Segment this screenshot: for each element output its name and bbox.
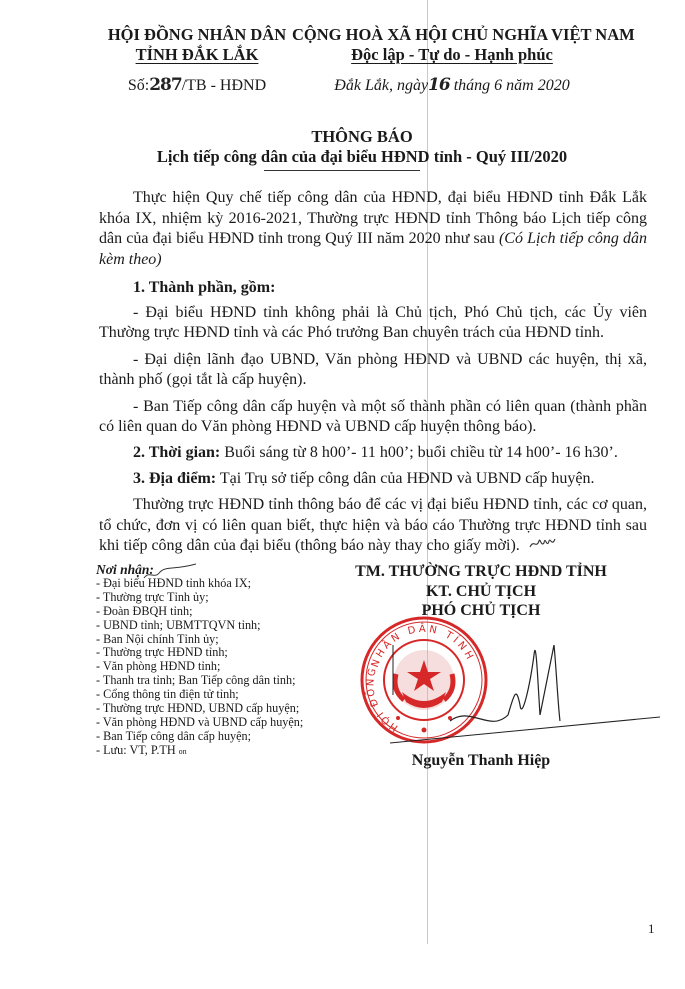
- section-1-item: - Ban Tiếp công dân cấp huyện và một số …: [99, 397, 647, 438]
- number-suffix: /TB - HĐND: [182, 77, 266, 94]
- recipients-initials-icon: [140, 562, 200, 582]
- issuing-agency: HỘI ĐỒNG NHÂN DÂN TỈNH ĐẮK LẮK: [92, 25, 302, 65]
- section-2: 2. Thời gian: Buổi sáng từ 8 h00’- 11 h0…: [99, 443, 647, 464]
- recipient-item: - Thường trực Tỉnh ủy;: [96, 591, 356, 605]
- section-3: 3. Địa điểm: Tại Trụ sở tiếp công dân củ…: [99, 469, 647, 490]
- section-1-item: - Đại biểu HĐND tỉnh không phải là Chủ t…: [99, 303, 647, 344]
- section-1-heading: 1. Thành phần, gồm:: [99, 278, 647, 299]
- date-suffix: tháng 6 năm 2020: [450, 77, 570, 94]
- date-prefix: Đắk Lắk, ngày: [334, 77, 428, 94]
- recipient-item: - Thường trực HĐND, UBND cấp huyện;: [96, 702, 356, 716]
- document-number: Số:287/TB - HĐND: [92, 75, 302, 95]
- recipient-item: - Ban Tiếp công dân cấp huyện;: [96, 730, 356, 744]
- closing-paragraph: Thường trực HĐND tỉnh thông báo để các v…: [99, 495, 647, 557]
- section-2-text: Buổi sáng từ 8 h00’- 11 h00’; buổi chiều…: [220, 444, 618, 461]
- sig-line-2: KT. CHỦ TỊCH: [336, 582, 626, 602]
- handwritten-day: 16: [428, 75, 450, 95]
- agency-name: HỘI ĐỒNG NHÂN DÂN: [92, 25, 302, 45]
- recipient-item: - Văn phòng HĐND và UBND cấp huyện;: [96, 716, 356, 730]
- section-2-heading: 2. Thời gian:: [133, 444, 220, 461]
- motto: Độc lập - Tự do - Hạnh phúc: [292, 45, 612, 65]
- intro-paragraph: Thực hiện Quy chế tiếp công dân của HĐND…: [99, 188, 647, 270]
- recipients-list: Nơi nhận: - Đại biểu HĐND tỉnh khóa IX;-…: [96, 563, 356, 759]
- recipient-item: - Đại biểu HĐND tỉnh khóa IX;: [96, 577, 356, 591]
- issue-date: Đắk Lắk, ngày16 tháng 6 năm 2020: [292, 75, 612, 95]
- recipient-item: - Thường trực HĐND tỉnh;: [96, 646, 356, 660]
- section-1-item: - Đại diện lãnh đạo UBND, Văn phòng HĐND…: [99, 350, 647, 391]
- signer-name: Nguyễn Thanh Hiệp: [336, 752, 626, 770]
- archive-initials: on: [179, 747, 187, 756]
- number-prefix: Số:: [128, 77, 149, 94]
- recipient-item: - UBND tỉnh; UBMTTQVN tỉnh;: [96, 619, 356, 633]
- recipient-item: - Văn phòng HĐND tỉnh;: [96, 660, 356, 674]
- recipient-item: - Lưu: VT, P.THon: [96, 744, 356, 759]
- national-motto: CỘNG HOÀ XÃ HỘI CHỦ NGHĨA VIỆT NAM Độc l…: [292, 25, 612, 65]
- initials-mark-icon: [528, 533, 558, 551]
- recipients-title: Nơi nhận:: [96, 563, 356, 577]
- closing-text: Thường trực HĐND tỉnh thông báo để các v…: [99, 495, 647, 557]
- document-title: THÔNG BÁO Lịch tiếp công dân của đại biể…: [92, 127, 632, 167]
- agency-province: TỈNH ĐẮK LẮK: [92, 45, 302, 65]
- nation-name: CỘNG HOÀ XÃ HỘI CHỦ NGHĨA VIỆT NAM: [292, 25, 612, 45]
- sig-line-1: TM. THƯỜNG TRỰC HĐND TỈNH: [336, 562, 626, 582]
- recipient-item: - Cổng thông tin điện tử tỉnh;: [96, 688, 356, 702]
- handwritten-number: 287: [149, 75, 182, 95]
- recipient-item: - Ban Nội chính Tỉnh ủy;: [96, 633, 356, 647]
- handwritten-signature-icon: [390, 625, 660, 745]
- recipient-item: - Đoàn ĐBQH tỉnh;: [96, 605, 356, 619]
- title-main: THÔNG BÁO: [92, 127, 632, 147]
- page-number: 1: [648, 921, 655, 937]
- section-1: 1. Thành phần, gồm: - Đại biểu HĐND tỉnh…: [99, 278, 647, 438]
- title-subtitle: Lịch tiếp công dân của đại biểu HĐND tỉn…: [92, 147, 632, 167]
- recipient-item: - Thanh tra tỉnh; Ban Tiếp công dân tỉnh…: [96, 674, 356, 688]
- section-3-heading: 3. Địa điểm:: [133, 470, 216, 487]
- signature-block: TM. THƯỜNG TRỰC HĐND TỈNH KT. CHỦ TỊCH P…: [336, 562, 626, 621]
- section-3-text: Tại Trụ sở tiếp công dân của HĐND và UBN…: [216, 470, 594, 487]
- subtitle-underline: [264, 170, 420, 171]
